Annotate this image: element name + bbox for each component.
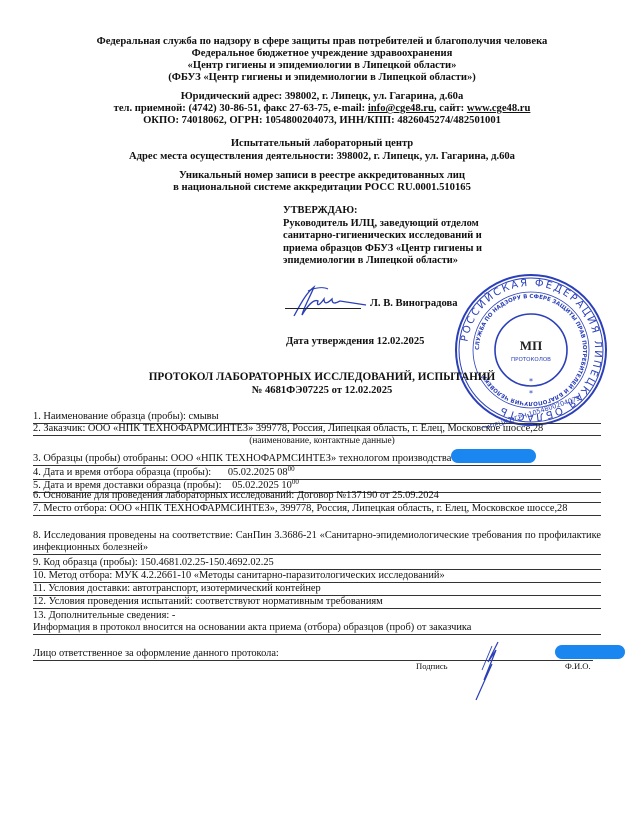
approval-heading: УТВЕРЖДАЮ: <box>283 205 513 218</box>
institution-short-name: (ФБУЗ «Центр гигиены и эпидемиологии в Л… <box>0 72 644 84</box>
responsible-signature-icon <box>470 640 510 702</box>
legal-address: Юридический адрес: 398002, г. Липецк, ул… <box>0 91 644 103</box>
approval-block: УТВЕРЖДАЮ: Руководитель ИЛЦ, заведующий … <box>283 205 513 268</box>
approval-date: Дата утверждения 12.02.2025 <box>286 336 424 347</box>
lab-center-title: Испытательный лабораторный центр <box>0 138 644 150</box>
svg-text:ПРОТОКОЛОВ: ПРОТОКОЛОВ <box>511 357 551 363</box>
item-additional-info: 13. Дополнительные сведения: - <box>33 610 601 622</box>
protocol-number: № 4681ФЭ07225 от 12.02.2025 <box>0 385 644 396</box>
activity-address: Адрес места осуществления деятельности: … <box>0 151 644 163</box>
item-customer: 2. Заказчик: ООО «НПК ТЕХНОФАРМСИНТЕЗ» 3… <box>33 423 601 436</box>
contacts-line: тел. приемной: (4742) 30-86-51, факс 27-… <box>0 103 644 115</box>
signature-caption: Подпись <box>416 661 448 671</box>
contacts-prefix: тел. приемной: (4742) 30-86-51, факс 27-… <box>114 103 368 114</box>
protocol-title: ПРОТОКОЛ ЛАБОРАТОРНЫХ ИССЛЕДОВАНИЙ, ИСПЫ… <box>0 371 644 383</box>
redacted-responsible-name <box>555 645 625 659</box>
item-sample-code: 9. Код образца (пробы): 150.4681.02.25-1… <box>33 557 601 570</box>
signature-line <box>285 308 361 309</box>
redacted-name <box>451 449 536 463</box>
registry-line-1: Уникальный номер записи в реестре аккред… <box>0 170 644 182</box>
official-stamp-icon: РОССИЙСКАЯ ФЕДЕРАЦИЯ ЛИПЕЦКАЯ ОБЛАСТЬ СЛ… <box>453 272 609 428</box>
responsible-label: Лицо ответственное за оформление данного… <box>33 648 279 659</box>
customer-caption: (наименование, контактные данные) <box>0 436 644 446</box>
item-compliance-standard: 8. Исследования проведены на соответстви… <box>33 530 601 555</box>
name-caption: Ф.И.О. <box>565 661 591 671</box>
item-sampling-place: 7. Место отбора: ООО «НПК ТЕХНОФАРМСИНТЕ… <box>33 503 601 516</box>
institution-type: Федеральное бюджетное учреждение здравоо… <box>0 48 644 60</box>
additional-info-note: Информация в протокол вносится на основа… <box>33 622 601 635</box>
item-basis: 6. Основание для проведения лабораторных… <box>33 490 601 503</box>
approval-position: Руководитель ИЛЦ, заведующий отделом сан… <box>283 218 513 268</box>
registration-codes: ОКПО: 74018062, ОГРН: 1054800204073, ИНН… <box>0 115 644 127</box>
item-test-conditions: 12. Условия проведения испытаний: соотве… <box>33 596 601 609</box>
delivery-minutes: 00 <box>292 478 299 486</box>
institution-name: «Центр гигиены и эпидемиологии в Липецко… <box>0 60 644 72</box>
item-sampling-method: 10. Метод отбора: МУК 4.2.2661-10 «Метод… <box>33 570 601 583</box>
agency-name: Федеральная служба по надзору в сфере за… <box>0 36 644 48</box>
sampling-minutes: 00 <box>288 465 295 473</box>
svg-text:МП: МП <box>520 338 542 353</box>
signer-name: Л. В. Виноградова <box>370 298 458 309</box>
site-prefix: , сайт: <box>434 103 467 114</box>
email-link[interactable]: info@cge48.ru <box>368 103 434 114</box>
site-link[interactable]: www.cge48.ru <box>467 103 531 114</box>
item-delivery-conditions: 11. Условия доставки: автотранспорт, изо… <box>33 583 601 596</box>
registry-line-2: в национальной системе аккредитации РОСС… <box>0 182 644 194</box>
